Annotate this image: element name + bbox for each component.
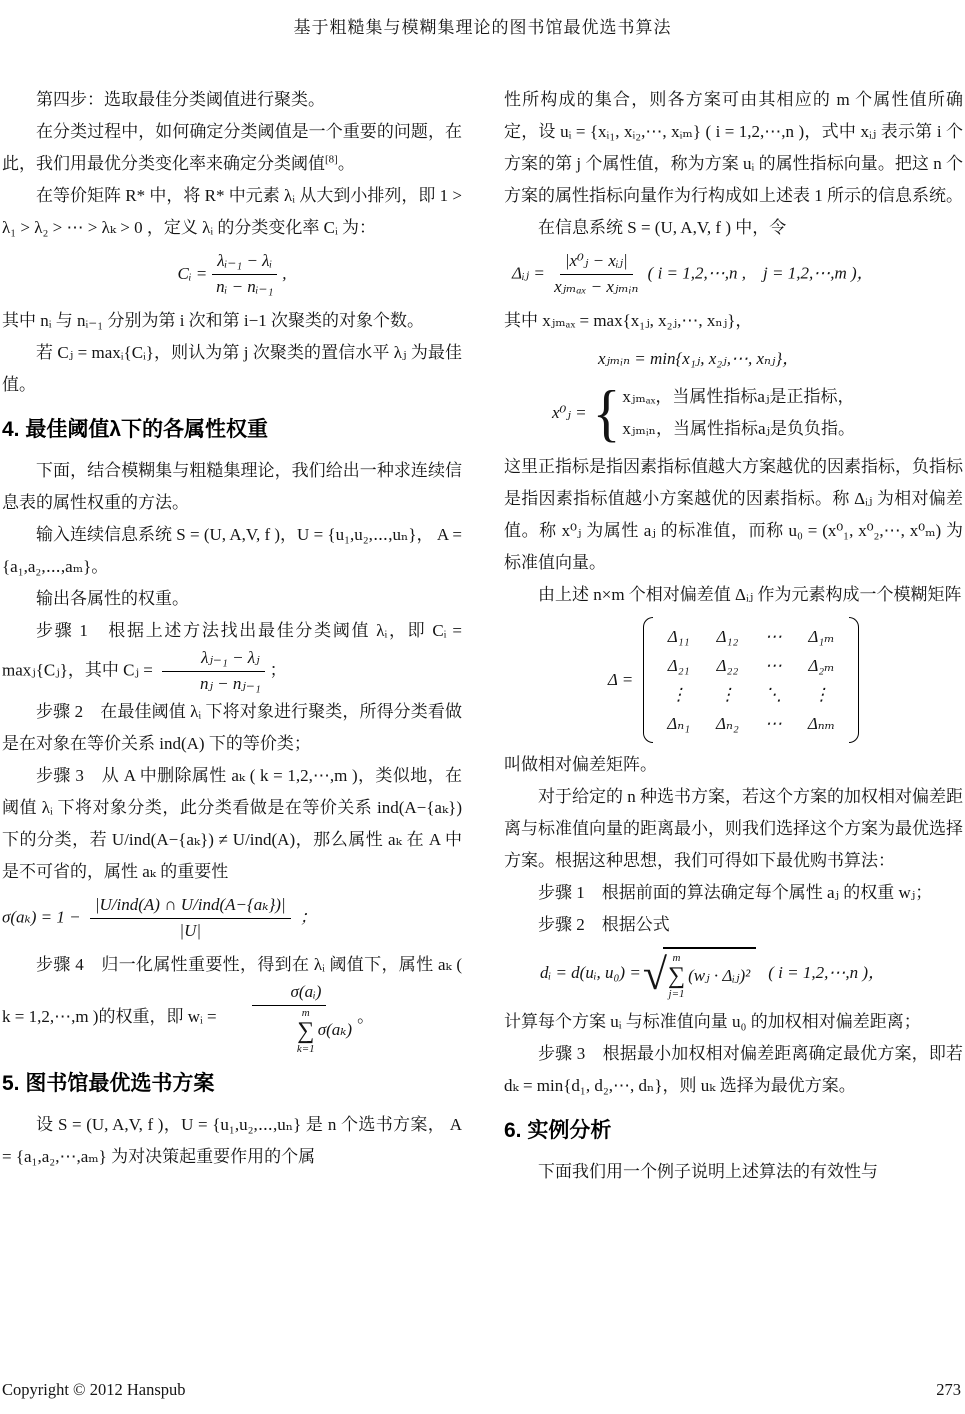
citation-ref-8: [8] bbox=[325, 153, 338, 165]
fraction-denominator: |U| bbox=[179, 919, 201, 943]
fraction-denominator: nᵢ − nᵢ₋₁ bbox=[216, 275, 273, 299]
formula-suffix: ( i = 1,2,⋯,n , j = 1,2,⋯,m )， bbox=[648, 263, 874, 282]
fraction-denominator: xⱼₘₐₓ − xⱼₘᵢₙ bbox=[554, 275, 638, 299]
right-column: 性所构成的集合，则各方案可由其相应的 m 个属性值所确定，设 uᵢ = {xᵢ₁… bbox=[504, 84, 963, 1188]
fraction: λⱼ₋₁ − λⱼnⱼ − nⱼ₋₁ bbox=[162, 647, 265, 696]
fraction-numerator: |U/ind(A) ∩ U/ind(A−{aₖ})| bbox=[90, 894, 291, 919]
paragraph-step2: 步骤 2 在最佳阈值 λᵢ 下将对象进行聚类，所得分类看做是在对象在等价关系 i… bbox=[2, 696, 462, 760]
paragraph-fuzzy-matrix-intro: 由上述 n×m 个相对偏差值 Δᵢⱼ 作为元素构成一个模糊矩阵 bbox=[504, 579, 963, 611]
fraction-numerator: λᵢ₋₁ − λᵢ bbox=[212, 250, 277, 275]
paragraph-algo-step1: 步骤 1 根据前面的算法确定每个属性 aⱼ 的权重 wⱼ； bbox=[504, 877, 963, 909]
square-root: √ m∑j=1 (wⱼ · Δᵢⱼ)² bbox=[643, 947, 756, 1000]
paragraph-step4: 第四步：选取最佳分类阈值进行聚类。 bbox=[2, 84, 462, 116]
matrix-cell: ⋮ bbox=[719, 680, 736, 709]
paragraph-scheme-setup-cont: 性所构成的集合，则各方案可由其相应的 m 个属性值所确定，设 uᵢ = {xᵢ₁… bbox=[504, 84, 963, 212]
paragraph-example-intro: 下面我们用一个例子说明上述算法的有效性与 bbox=[504, 1156, 963, 1188]
paragraph-indicator-explanation: 这里正指标是指因素指标值越大方案越优的因素指标，负指标是指因素指标值越小方案越优… bbox=[504, 451, 963, 579]
paragraph-input-system: 输入连续信息系统 S = (U, A,V, f )，U = {u₁,u₂,⋯,u… bbox=[2, 519, 462, 583]
formula-suffix: ； bbox=[300, 907, 317, 926]
matrix-cell: Δ₁₁ bbox=[668, 622, 690, 651]
paragraph-matrix-name: 叫做相对偏差矩阵。 bbox=[504, 749, 963, 781]
formula-lhs: Cᵢ = bbox=[178, 258, 208, 290]
matrix-cell: Δₙ₂ bbox=[716, 709, 739, 738]
sum-lower-limit: j=1 bbox=[669, 988, 685, 1000]
formula-lhs: x⁰ⱼ = bbox=[552, 397, 587, 429]
fraction-denominator: nⱼ − nⱼ₋₁ bbox=[166, 672, 261, 696]
formula-relative-deviation: Δᵢⱼ = |x⁰ⱼ − xᵢⱼ|xⱼₘₐₓ − xⱼₘᵢₙ ( i = 1,2… bbox=[512, 250, 963, 299]
page-number: 273 bbox=[936, 1374, 961, 1406]
matrix-cell: ⋮ bbox=[670, 680, 687, 709]
paragraph-algo-step3: 步骤 3 根据最小加权相对偏差距离确定最优方案，即若 dₖ = min{d₁, … bbox=[504, 1038, 963, 1102]
sigma-operator: ∑ bbox=[263, 1019, 314, 1043]
sigma-operator: ∑ bbox=[668, 964, 685, 988]
section-heading-5: 5. 图书馆最优选书方案 bbox=[2, 1071, 462, 1097]
paragraph-optimal-idea: 对于给定的 n 种选书方案，若这个方案的加权相对偏差距离与标准值向量的距离最小，… bbox=[504, 781, 963, 877]
matrix-cell: Δ₂₁ bbox=[668, 651, 690, 680]
paragraph-step1: 步骤 1 根据上述方法找出最佳分类阈值 λᵢ，即 Cᵢ = maxⱼ{Cⱼ}，其… bbox=[2, 615, 462, 696]
paragraph-output-weights: 输出各属性的权重。 bbox=[2, 583, 462, 615]
formula-lhs: Δ = bbox=[608, 664, 633, 696]
matrix-cell: ⋯ bbox=[765, 622, 782, 651]
matrix-cell: Δ₂ₘ bbox=[808, 651, 834, 680]
fraction-numerator: λⱼ₋₁ − λⱼ bbox=[162, 647, 265, 672]
fraction-numerator: |x⁰ⱼ − xᵢⱼ| bbox=[560, 250, 633, 275]
sum-upper-limit: m bbox=[268, 1007, 310, 1019]
matrix: Δ₁₁Δ₁₂⋯Δ₁ₘ Δ₂₁Δ₂₂⋯Δ₂ₘ ⋮⋮⋱⋮ Δₙ₁Δₙ₂⋯Δₙₘ bbox=[643, 617, 859, 743]
paragraph-xjmax: 其中 xⱼₘₐₓ = max{x₁ⱼ, x₂ⱼ,⋯, xₙⱼ}， bbox=[504, 305, 963, 337]
paragraph-best-confidence: 若 Cⱼ = maxᵢ{Cᵢ}，则认为第 j 次聚类的置信水平 λⱼ 为最佳值。 bbox=[2, 337, 462, 401]
paragraph-step3: 步骤 3 从 A 中删除属性 aₖ ( k = 1,2,⋯,m )，类似地，在阈… bbox=[2, 760, 462, 888]
fraction: |x⁰ⱼ − xᵢⱼ|xⱼₘₐₓ − xⱼₘᵢₙ bbox=[554, 250, 638, 299]
paragraph-method-intro: 下面，结合模糊集与粗糙集理论，我们给出一种求连续信息表的属性权重的方法。 bbox=[2, 455, 462, 519]
summation: m∑j=1 bbox=[668, 952, 685, 1000]
matrix-cell: ⋯ bbox=[765, 651, 782, 680]
summation: m∑k=1 bbox=[263, 1007, 315, 1055]
formula-weighted-distance: dᵢ = d(uᵢ, u₀) = √ m∑j=1 (wⱼ · Δᵢⱼ)² ( i… bbox=[540, 947, 963, 1000]
matrix-cell: Δₙₘ bbox=[808, 709, 835, 738]
text-run: 在分类过程中，如何确定分类阈值是一个重要的问题，在此，我们用最优分类变化率来确定… bbox=[2, 122, 462, 173]
paper-page: 基于粗糙集与模糊集理论的图书馆最优选书算法 第四步：选取最佳分类阈值进行聚类。 … bbox=[0, 0, 965, 1414]
formula-lhs: Δᵢⱼ = bbox=[512, 263, 545, 282]
formula-suffix: , bbox=[282, 258, 286, 290]
paragraph-algo-step2: 步骤 2 根据公式 bbox=[504, 909, 963, 941]
formula-lhs: dᵢ = d(uᵢ, u₀) = bbox=[540, 957, 641, 989]
matrix-cell: Δ₂₂ bbox=[717, 651, 739, 680]
formula-standard-value-cases: x⁰ⱼ = { xⱼₘₐₓ，当属性指标aⱼ是正指标，xⱼₘᵢₙ，当属性指标aⱼ是… bbox=[552, 381, 963, 445]
fraction-numerator: σ(aᵢ) bbox=[252, 981, 327, 1006]
footer-copyright: Copyright © 2012 Hanspub bbox=[2, 1374, 186, 1406]
matrix-cell: ⋯ bbox=[765, 709, 782, 738]
paragraph-equivalence-matrix: 在等价矩阵 R* 中，将 R* 中元素 λᵢ 从大到小排列，即 1 > λ₁ >… bbox=[2, 180, 462, 244]
paper-title: 基于粗糙集与模糊集理论的图书馆最优选书算法 bbox=[0, 12, 965, 44]
radical-sign: √ bbox=[643, 955, 667, 995]
formula-suffix: ( i = 1,2,⋯,n )， bbox=[768, 957, 885, 989]
formula-deviation-matrix: Δ = Δ₁₁Δ₁₂⋯Δ₁ₘ Δ₂₁Δ₂₂⋯Δ₂ₘ ⋮⋮⋱⋮ Δₙ₁Δₙ₂⋯Δₙ… bbox=[504, 617, 963, 743]
case-positive-indicator: xⱼₘₐₓ，当属性指标aⱼ是正指标， bbox=[622, 381, 855, 413]
sum-argument: σ(aₖ) bbox=[318, 1020, 352, 1039]
left-column: 第四步：选取最佳分类阈值进行聚类。 在分类过程中，如何确定分类阈值是一个重要的问… bbox=[2, 84, 462, 1173]
paragraph-scheme-setup: 设 S = (U, A,V, f )，U = {u₁,u₂,⋯,uₙ} 是 n … bbox=[2, 1109, 462, 1173]
case-stack: xⱼₘₐₓ，当属性指标aⱼ是正指标，xⱼₘᵢₙ，当属性指标aⱼ是负负指。 bbox=[622, 381, 855, 445]
matrix-grid: Δ₁₁Δ₁₂⋯Δ₁ₘ Δ₂₁Δ₂₂⋯Δ₂ₘ ⋮⋮⋱⋮ Δₙ₁Δₙ₂⋯Δₙₘ bbox=[653, 617, 849, 743]
left-paren bbox=[643, 617, 653, 743]
text-run: ； bbox=[270, 660, 287, 679]
paragraph-threshold-intro: 在分类过程中，如何确定分类阈值是一个重要的问题，在此，我们用最优分类变化率来确定… bbox=[2, 116, 462, 180]
matrix-cell: Δ₁ₘ bbox=[808, 622, 834, 651]
matrix-cell: Δ₁₂ bbox=[717, 622, 739, 651]
left-curly-brace: { bbox=[593, 381, 621, 445]
paragraph-compute-distance: 计算每个方案 uᵢ 与标准值向量 u₀ 的加权相对偏差距离； bbox=[504, 1006, 963, 1038]
matrix-cell: Δₙ₁ bbox=[667, 709, 690, 738]
formula-xjmin: xⱼₘᵢₙ = min{x₁ⱼ, x₂ⱼ,⋯, xₙⱼ}， bbox=[598, 343, 963, 375]
sum-argument: (wⱼ · Δᵢⱼ)² bbox=[688, 960, 750, 992]
matrix-cell: ⋱ bbox=[765, 680, 782, 709]
formula-classification-rate: Cᵢ = λᵢ₋₁ − λᵢnᵢ − nᵢ₋₁ , bbox=[2, 250, 462, 299]
radicand: m∑j=1 (wⱼ · Δᵢⱼ)² bbox=[663, 947, 756, 1000]
paragraph-ni-definition: 其中 nᵢ 与 nᵢ₋₁ 分别为第 i 次和第 i−1 次聚类的对象个数。 bbox=[2, 305, 462, 337]
text-run: 。 bbox=[338, 154, 355, 173]
paragraph-step4-normalize: 步骤 4 归一化属性重要性，得到在 λᵢ 阈值下，属性 aₖ ( k = 1,2… bbox=[2, 949, 462, 1055]
fraction-denominator: m∑k=1σ(aₖ) bbox=[226, 1006, 352, 1055]
right-paren bbox=[849, 617, 859, 743]
section-heading-6: 6. 实例分析 bbox=[504, 1118, 963, 1144]
section-heading-4: 4. 最佳阈值λ下的各属性权重 bbox=[2, 417, 462, 443]
fraction: |U/ind(A) ∩ U/ind(A−{aₖ})||U| bbox=[90, 894, 291, 943]
fraction: λᵢ₋₁ − λᵢnᵢ − nᵢ₋₁ bbox=[212, 250, 277, 299]
text-run: 。 bbox=[357, 1007, 374, 1026]
fraction: σ(aᵢ)m∑k=1σ(aₖ) bbox=[226, 981, 352, 1055]
paragraph-info-system: 在信息系统 S = (U, A,V, f ) 中，令 bbox=[504, 212, 963, 244]
formula-lhs: σ(aₖ) = 1 − bbox=[2, 907, 81, 926]
page-footer: Copyright © 2012 Hanspub 273 bbox=[2, 1374, 961, 1406]
matrix-cell: ⋮ bbox=[813, 680, 830, 709]
case-negative-indicator: xⱼₘᵢₙ，当属性指标aⱼ是负负指。 bbox=[622, 413, 855, 445]
sum-lower-limit: k=1 bbox=[263, 1043, 315, 1055]
formula-attribute-significance: σ(aₖ) = 1 − |U/ind(A) ∩ U/ind(A−{aₖ})||U… bbox=[2, 894, 462, 943]
